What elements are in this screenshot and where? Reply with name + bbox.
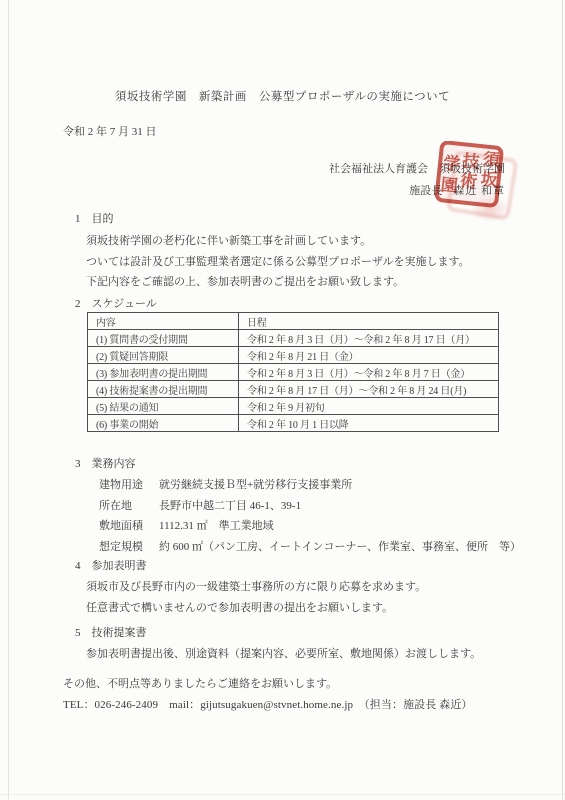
document-title: 須坂技術学園 新築計画 公募型プロポーザルの実施について: [0, 88, 565, 104]
work-row: 敷地面積 1112.31 ㎡ 準工業地域: [99, 516, 521, 537]
work-items: 建物用途 就労継続支援Ｂ型+就労移行支援事業所 所在地 長野市中越二丁目 46-…: [99, 475, 521, 557]
work-label: 想定規模: [99, 537, 148, 558]
schedule-date: 令和 2 年 8 月 17 日（月）～令和 2 年 8 月 24 日(月): [239, 381, 499, 398]
purpose-line: ついては設計及び工事監理業者選定に係る公募型プロポーザルを実施します。: [86, 252, 470, 273]
work-row: 想定規模 約 600 ㎡（パン工房、イートインコーナー、作業室、事務室、便所 等…: [99, 537, 521, 558]
schedule-row: (1) 質問書の受付期間 令和 2 年 8 月 3 日（月）～令和 2 年 8 …: [88, 330, 499, 347]
section-heading-proposal: 5 技術提案書: [75, 624, 147, 640]
work-label: 建物用途: [99, 475, 148, 496]
section-heading-schedule: 2 スケジュール: [75, 295, 157, 311]
schedule-date: 令和 2 年 9 月初旬: [239, 398, 499, 415]
schedule-item: (1) 質問書の受付期間: [88, 330, 239, 347]
work-label: 所在地: [99, 496, 148, 517]
section-heading-entry: 4 参加表明書: [75, 557, 147, 573]
schedule-date: 令和 2 年 10 月 1 日以降: [239, 415, 499, 432]
schedule-item: (5) 結果の通知: [88, 398, 239, 415]
schedule-row: (5) 結果の通知 令和 2 年 9 月初旬: [88, 398, 499, 415]
schedule-item: (3) 参加表明書の提出期間: [88, 364, 239, 381]
footer-note: その他、不明点等ありましたらご連絡をお願いします。: [63, 675, 337, 691]
schedule-row: (3) 参加表明書の提出期間 令和 2 年 8 月 3 日（月）～令和 2 年 …: [88, 364, 499, 381]
schedule-header-item: 内容: [88, 313, 239, 330]
entry-line: 任意書式で構いませんので参加表明書の提出をお願いします。: [86, 598, 426, 619]
director-name: 森近 和章: [453, 185, 505, 197]
scan-edge-right: [562, 0, 563, 800]
work-value: 長野市中越二丁目 46-1、39-1: [159, 496, 301, 517]
schedule-header-row: 内容 日程: [88, 313, 499, 330]
schedule-date: 令和 2 年 8 月 21 日（金）: [239, 347, 499, 364]
footer-contact: TEL：026-246-2409 mail：gijutsugakuen@stvn…: [63, 696, 473, 712]
proposal-line: 参加表明書提出後、別途資料（提案内容、必要所室、敷地関係）お渡しします。: [86, 644, 481, 665]
schedule-row: (6) 事業の開始 令和 2 年 10 月 1 日以降: [88, 415, 499, 432]
proposal-body: 参加表明書提出後、別途資料（提案内容、必要所室、敷地関係）お渡しします。: [86, 644, 481, 665]
schedule-item: (6) 事業の開始: [88, 415, 239, 432]
work-label: 敷地面積: [99, 516, 148, 537]
purpose-line: 須坂技術学園の老朽化に伴い新築工事を計画しています。: [86, 231, 470, 252]
issuer-organization: 社会福祉法人育護会 須坂技術学園: [329, 158, 505, 180]
scan-edge-left: [8, 0, 9, 800]
director-title: 施設長: [409, 185, 442, 197]
work-row: 所在地 長野市中越二丁目 46-1、39-1: [99, 496, 521, 517]
purpose-body: 須坂技術学園の老朽化に伴い新築工事を計画しています。 ついては設計及び工事監理業…: [86, 231, 470, 293]
schedule-row: (2) 質疑回答期限 令和 2 年 8 月 21 日（金）: [88, 347, 499, 364]
scanned-document-page: 須坂技術学園 新築計画 公募型プロポーザルの実施について 令和 2 年 7 月 …: [0, 0, 565, 800]
schedule-table: 内容 日程 (1) 質問書の受付期間 令和 2 年 8 月 3 日（月）～令和 …: [87, 312, 499, 432]
schedule-date: 令和 2 年 8 月 3 日（月）～令和 2 年 8 月 17 日（月）: [239, 330, 499, 347]
section-heading-purpose: 1 目的: [75, 210, 114, 226]
schedule-item: (2) 質疑回答期限: [88, 347, 239, 364]
work-value: 就労継続支援Ｂ型+就労移行支援事業所: [159, 475, 352, 496]
issuer-director-line: 施設長 森近 和章: [329, 180, 505, 202]
entry-body: 須坂市及び長野市内の一級建築士事務所の方に限り応募を求めます。 任意書式で構いま…: [86, 577, 426, 618]
purpose-line: 下記内容をご確認の上、参加表明書のご提出をお願い致します。: [86, 272, 470, 293]
entry-line: 須坂市及び長野市内の一級建築士事務所の方に限り応募を求めます。: [86, 577, 426, 598]
document-date: 令和 2 年 7 月 31 日: [63, 123, 157, 139]
schedule-item: (4) 技術提案書の提出期間: [88, 381, 239, 398]
schedule-date: 令和 2 年 8 月 3 日（月）～令和 2 年 8 月 7 日（金）: [239, 364, 499, 381]
schedule-header-date: 日程: [239, 313, 499, 330]
schedule-row: (4) 技術提案書の提出期間 令和 2 年 8 月 17 日（月）～令和 2 年…: [88, 381, 499, 398]
issuer-block: 社会福祉法人育護会 須坂技術学園 施設長 森近 和章: [329, 158, 505, 202]
section-heading-work: 3 業務内容: [75, 455, 136, 471]
scan-edge-bottom: [0, 794, 565, 795]
work-value: 1112.31 ㎡ 準工業地域: [159, 516, 274, 537]
work-row: 建物用途 就労継続支援Ｂ型+就労移行支援事業所: [99, 475, 521, 496]
work-value: 約 600 ㎡（パン工房、イートインコーナー、作業室、事務室、便所 等）: [159, 537, 521, 558]
